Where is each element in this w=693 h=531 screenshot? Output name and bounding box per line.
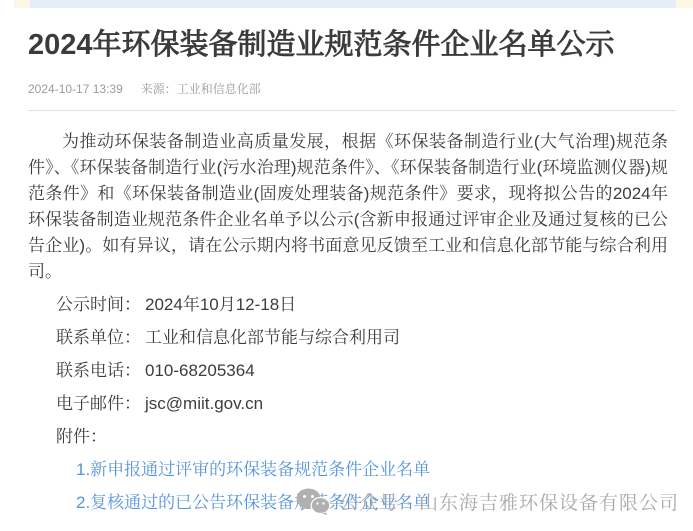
header-strip-right-segment	[676, 0, 693, 8]
publicity-period-label: 公示时间：	[56, 295, 141, 314]
contact-phone-label: 联系电话：	[56, 361, 141, 380]
info-line-publicity-period: 公示时间：2024年10月12-18日	[56, 292, 668, 318]
source-name: 工业和信息化部	[177, 82, 261, 96]
article-container: 2024年环保装备制造业规范条件企业名单公示 2024-10-17 13:39来…	[28, 8, 668, 516]
attachment-link-1[interactable]: 1.新申报通过评审的环保装备规范条件企业名单	[76, 457, 668, 483]
watermark: 公众号 · 山东海吉雅环保设备有限公司	[0, 486, 679, 516]
page-title: 2024年环保装备制造业规范条件企业名单公示	[28, 27, 668, 63]
email-value: jsc@miit.gov.cn	[145, 394, 263, 413]
header-strip-blue-segment	[30, 0, 676, 8]
header-strip-left-segment	[14, 0, 30, 8]
info-line-email: 电子邮件：jsc@miit.gov.cn	[56, 391, 668, 417]
cropped-header-strip	[0, 0, 693, 8]
announcement-paragraph: 为推动环保装备制造业高质量发展，根据《环保装备制造行业(大气治理)规范条件》、《…	[28, 129, 668, 285]
contact-phone-value: 010-68205364	[145, 361, 255, 380]
source-label: 来源：	[141, 82, 177, 96]
watermark-text: 公众号 · 山东海吉雅环保设备有限公司	[339, 488, 679, 515]
contact-unit-label: 联系单位：	[56, 328, 141, 347]
info-line-contact-unit: 联系单位：工业和信息化部节能与综合利用司	[56, 325, 668, 351]
contact-unit-value: 工业和信息化部节能与综合利用司	[145, 328, 400, 347]
publish-datetime: 2024-10-17 13:39	[28, 82, 123, 96]
meta-divider	[28, 110, 676, 111]
attachments-label: 附件：	[56, 424, 668, 450]
wechat-icon	[296, 488, 330, 515]
email-label: 电子邮件：	[56, 394, 141, 413]
publicity-period-value: 2024年10月12-18日	[145, 295, 296, 314]
info-line-contact-phone: 联系电话：010-68205364	[56, 358, 668, 384]
source-line: 来源：工业和信息化部	[141, 82, 261, 96]
article-meta: 2024-10-17 13:39来源：工业和信息化部	[28, 80, 668, 97]
